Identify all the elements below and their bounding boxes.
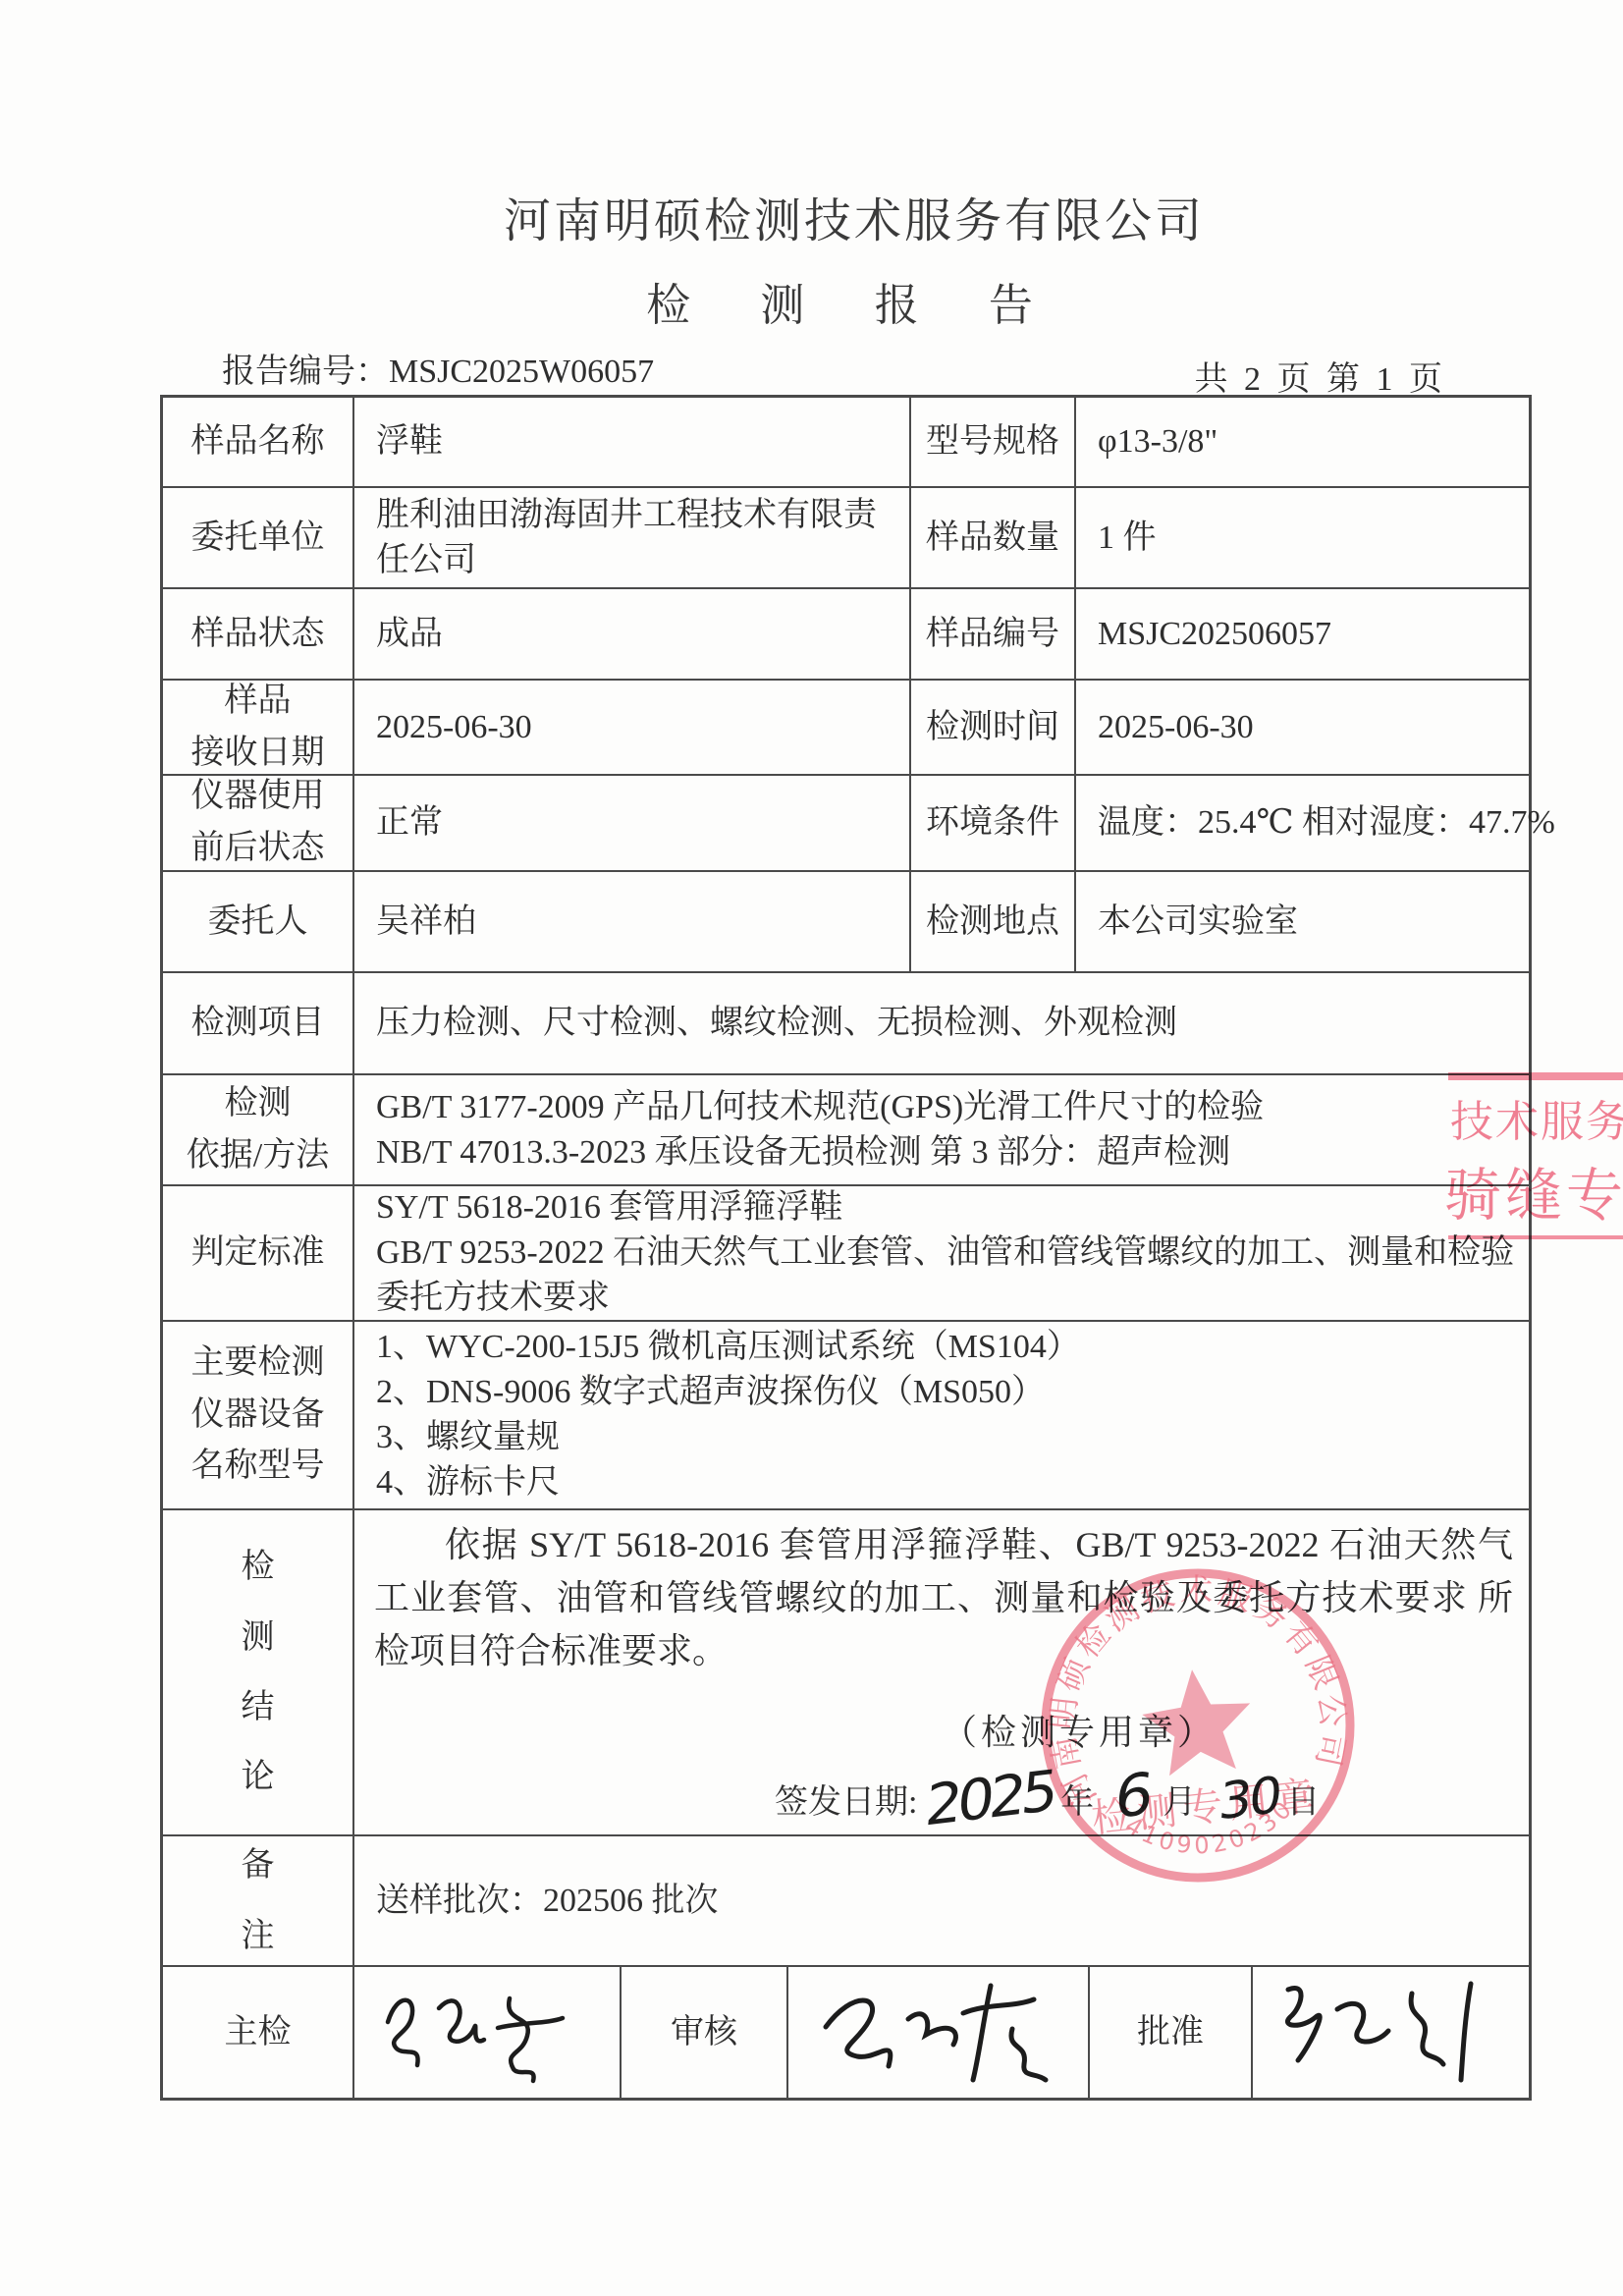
label-judgment-standard: 判定标准	[163, 1186, 352, 1320]
approver-signature-strokes	[1269, 1974, 1514, 2092]
handwritten-day: 30	[1217, 1762, 1283, 1837]
label-sample-no: 样品编号	[909, 589, 1074, 679]
value-test-items: 压力检测、尺寸检测、螺纹检测、无损检测、外观检测	[352, 973, 1529, 1073]
label-client: 委托单位	[163, 488, 352, 587]
sign-date-label: 签发日期:	[775, 1780, 917, 1826]
table-row-receive-date: 样品 接收日期 2025-06-30 检测时间 2025-06-30	[163, 679, 1529, 774]
chief-inspector-signature-strokes	[374, 1979, 600, 2087]
report-page: 河南明硕检测技术服务有限公司 检 测 报 告 报告编号：MSJC2025W060…	[0, 0, 1623, 2296]
conclusion-text: 依据 SY/T 5618-2016 套管用浮箍浮鞋、GB/T 9253-2022…	[374, 1518, 1513, 1677]
value-sample-qty: 1 件	[1074, 488, 1529, 587]
table-row-consignor: 委托人 吴祥柏 检测地点 本公司实验室	[163, 870, 1529, 971]
value-consignor: 吴祥柏	[352, 872, 909, 971]
table-row-client: 委托单位 胜利油田渤海固井工程技术有限责任公司 样品数量 1 件	[163, 486, 1529, 587]
handwritten-year: 2025	[923, 1752, 1057, 1843]
chief-inspector-signature	[352, 1967, 620, 2098]
instrument-line2: 2、DNS-9006 数字式超声波探伤仪（MS050）	[376, 1370, 1529, 1415]
value-sample-state: 成品	[352, 589, 909, 679]
label-conclusion: 检 测 结 论	[163, 1510, 352, 1834]
approver-signature	[1251, 1967, 1529, 2098]
company-name: 河南明硕检测技术服务有限公司	[0, 183, 1623, 250]
value-sample-no: MSJC202506057	[1074, 589, 1529, 679]
test-basis-line2: NB/T 47013.3-2023 承压设备无损检测 第 3 部分：超声检测	[376, 1130, 1529, 1175]
day-char: 日	[1286, 1780, 1320, 1826]
judgment-line2: GB/T 9253-2022 石油天然气工业套管、油管和管线管螺纹的加工、测量和…	[376, 1230, 1529, 1276]
value-remarks: 送样批次：202506 批次	[352, 1836, 1529, 1965]
instrument-line4: 4、游标卡尺	[376, 1460, 1529, 1505]
label-test-time: 检测时间	[909, 681, 1074, 774]
table-row-signatures: 主检 审核	[163, 1965, 1529, 2098]
label-remarks: 备 注	[163, 1836, 352, 1965]
label-environment: 环境条件	[909, 776, 1074, 870]
month-char: 月	[1163, 1780, 1196, 1826]
label-reviewer: 审核	[620, 1967, 786, 2098]
label-sample-state: 样品状态	[163, 589, 352, 679]
sign-date-row: 签发日期: 2025 年 6 月 30 日	[775, 1764, 1320, 1842]
test-basis-line1: GB/T 3177-2009 产品几何技术规范(GPS)光滑工件尺寸的检验	[376, 1085, 1529, 1130]
value-receive-date: 2025-06-30	[352, 681, 909, 774]
table-row-remarks: 备 注 送样批次：202506 批次	[163, 1834, 1529, 1965]
table-row-instrument-state: 仪器使用 前后状态 正常 环境条件 温度：25.4℃ 相对湿度：47.7%	[163, 774, 1529, 870]
report-number: 报告编号：MSJC2025W06057	[222, 344, 654, 392]
label-test-items: 检测项目	[163, 973, 352, 1073]
instrument-line3: 3、螺纹量规	[376, 1415, 1529, 1460]
report-number-label: 报告编号：	[222, 354, 389, 390]
table-row-conclusion: 检 测 结 论 依据 SY/T 5618-2016 套管用浮箍浮鞋、GB/T 9…	[163, 1508, 1529, 1834]
label-main-instruments: 主要检测 仪器设备 名称型号	[163, 1322, 352, 1508]
report-title: 检 测 报 告	[0, 269, 1623, 333]
conclusion-cell: 依据 SY/T 5618-2016 套管用浮箍浮鞋、GB/T 9253-2022…	[352, 1510, 1529, 1834]
year-char: 年	[1060, 1780, 1094, 1826]
label-approver: 批准	[1088, 1967, 1251, 2098]
value-test-location: 本公司实验室	[1074, 872, 1529, 971]
report-table: 样品名称 浮鞋 型号规格 φ13-3/8" 委托单位 胜利油田渤海固井工程技术有…	[160, 395, 1532, 2101]
value-model-spec: φ13-3/8"	[1074, 398, 1529, 486]
value-environment: 温度：25.4℃ 相对湿度：47.7%	[1074, 776, 1555, 870]
report-meta-row: 报告编号：MSJC2025W06057 共 2 页 第 1 页	[222, 344, 1446, 387]
label-consignor: 委托人	[163, 872, 352, 971]
label-instrument-state: 仪器使用 前后状态	[163, 776, 352, 870]
table-row-sample-name: 样品名称 浮鞋 型号规格 φ13-3/8"	[163, 398, 1529, 486]
label-model-spec: 型号规格	[909, 398, 1074, 486]
seal-caption: （检测专用章）	[942, 1709, 1217, 1757]
label-test-basis: 检测 依据/方法	[163, 1075, 352, 1184]
page-info: 共 2 页 第 1 页	[1195, 352, 1447, 400]
label-sample-qty: 样品数量	[909, 488, 1074, 587]
judgment-line1: SY/T 5618-2016 套管用浮箍浮鞋	[376, 1185, 1529, 1230]
value-client: 胜利油田渤海固井工程技术有限责任公司	[352, 488, 909, 587]
judgment-line3: 委托方技术要求	[376, 1276, 1529, 1321]
table-row-sample-state: 样品状态 成品 样品编号 MSJC202506057	[163, 587, 1529, 679]
value-main-instruments: 1、WYC-200-15J5 微机高压测试系统（MS104） 2、DNS-900…	[352, 1322, 1529, 1508]
value-test-basis: GB/T 3177-2009 产品几何技术规范(GPS)光滑工件尺寸的检验 NB…	[352, 1075, 1529, 1184]
value-judgment-standard: SY/T 5618-2016 套管用浮箍浮鞋 GB/T 9253-2022 石油…	[352, 1186, 1529, 1320]
table-row-judgment-standard: 判定标准 SY/T 5618-2016 套管用浮箍浮鞋 GB/T 9253-20…	[163, 1184, 1529, 1320]
table-row-test-basis: 检测 依据/方法 GB/T 3177-2009 产品几何技术规范(GPS)光滑工…	[163, 1073, 1529, 1184]
report-number-value: MSJC2025W06057	[389, 354, 654, 390]
value-sample-name: 浮鞋	[352, 398, 909, 486]
value-instrument-state: 正常	[352, 776, 909, 870]
reviewer-signature	[786, 1967, 1088, 2098]
label-chief-inspector: 主检	[163, 1967, 352, 2098]
label-test-location: 检测地点	[909, 872, 1074, 971]
table-row-test-items: 检测项目 压力检测、尺寸检测、螺纹检测、无损检测、外观检测	[163, 971, 1529, 1073]
handwritten-month: 6	[1111, 1754, 1157, 1837]
label-receive-date: 样品 接收日期	[163, 681, 352, 774]
label-sample-name: 样品名称	[163, 398, 352, 486]
instrument-line1: 1、WYC-200-15J5 微机高压测试系统（MS104）	[376, 1325, 1529, 1370]
table-row-main-instruments: 主要检测 仪器设备 名称型号 1、WYC-200-15J5 微机高压测试系统（M…	[163, 1320, 1529, 1508]
value-test-time: 2025-06-30	[1074, 681, 1529, 774]
reviewer-signature-strokes	[806, 1974, 1071, 2092]
